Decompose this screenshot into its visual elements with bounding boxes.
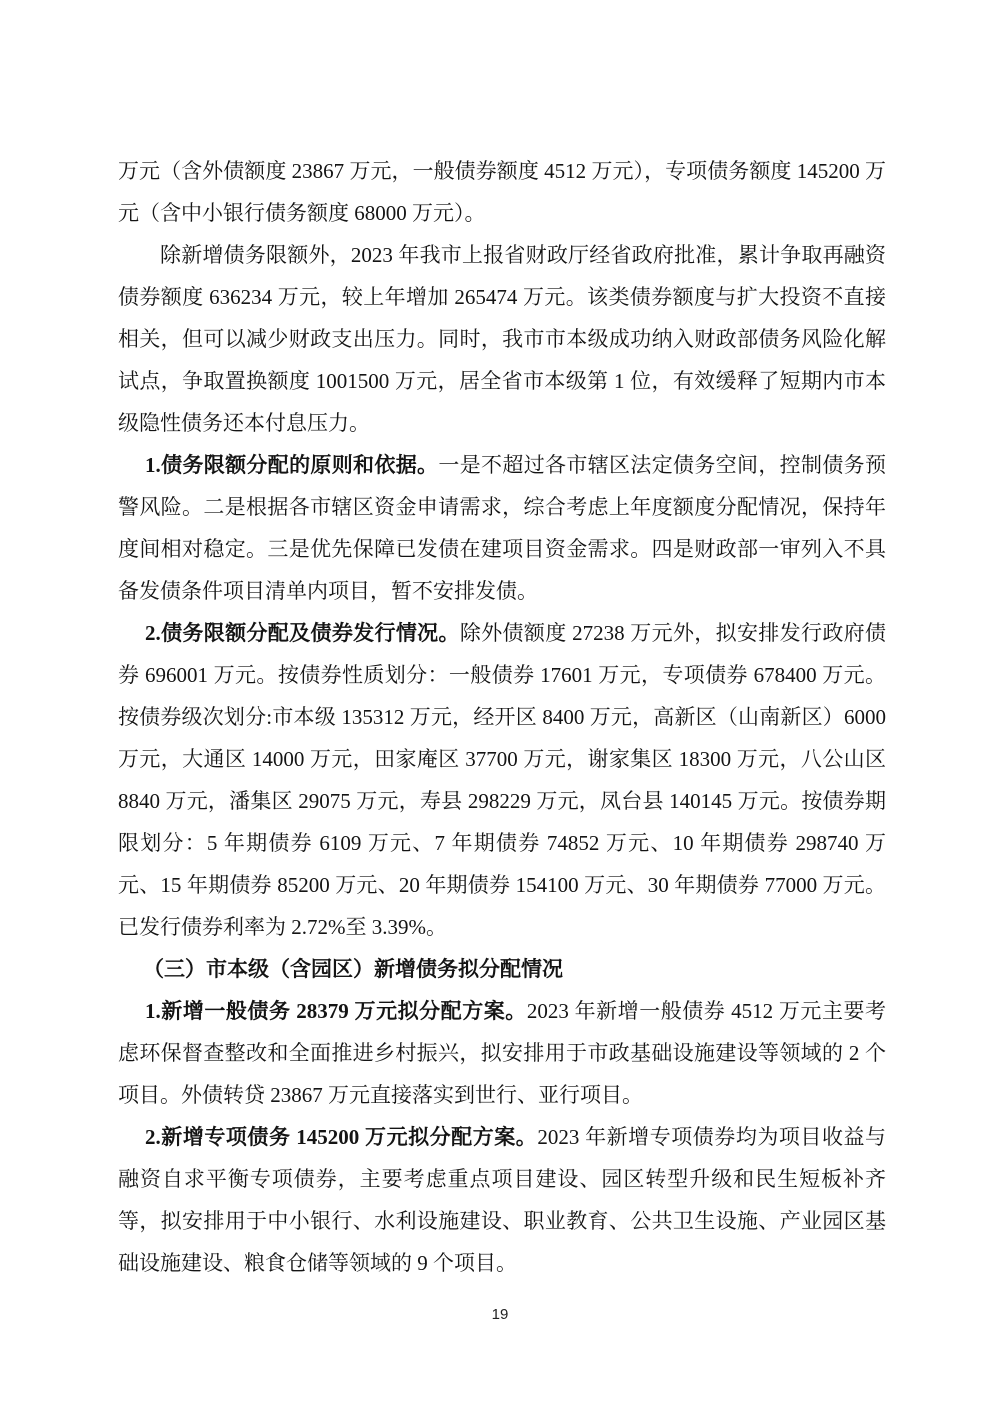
section-heading-text: （三）市本级（含园区）新增债务拟分配情况 — [143, 957, 563, 981]
page-number: 19 — [0, 1306, 1000, 1323]
paragraph-limit-allocation-principles: 1.债务限额分配的原则和依据。一是不超过各市辖区法定债务空间，控制债务预警风险。… — [118, 444, 886, 612]
paragraph-bold-lead: 2.新增专项债务 145200 万元拟分配方案。 — [145, 1125, 537, 1149]
document-page: 万元（含外债额度 23867 万元，一般债券额度 4512 万元），专项债务额度… — [0, 0, 1000, 1415]
paragraph-limit-allocation-issuance: 2.债务限额分配及债券发行情况。除外债额度 27238 万元外，拟安排发行政府债… — [118, 612, 886, 948]
paragraph-refinancing-bonds: 除新增债务限额外，2023 年我市上报省财政厅经省政府批准，累计争取再融资债券额… — [118, 234, 886, 444]
paragraph-text: 除新增债务限额外，2023 年我市上报省财政厅经省政府批准，累计争取再融资债券额… — [118, 243, 886, 435]
paragraph-bold-lead: 1.债务限额分配的原则和依据。 — [145, 453, 438, 477]
paragraph-continuation: 万元（含外债额度 23867 万元，一般债券额度 4512 万元），专项债务额度… — [118, 150, 886, 234]
paragraph-bold-lead: 1.新增一般债务 28379 万元拟分配方案。 — [145, 999, 527, 1023]
paragraph-new-special-debt-plan: 2.新增专项债务 145200 万元拟分配方案。2023 年新增专项债券均为项目… — [118, 1116, 886, 1284]
paragraph-new-general-debt-plan: 1.新增一般债务 28379 万元拟分配方案。2023 年新增一般债券 4512… — [118, 990, 886, 1116]
paragraph-text: 除外债额度 27238 万元外，拟安排发行政府债券 696001 万元。按债券性… — [118, 621, 886, 939]
paragraph-bold-lead: 2.债务限额分配及债券发行情况。 — [145, 621, 460, 645]
paragraph-text: 万元（含外债额度 23867 万元，一般债券额度 4512 万元），专项债务额度… — [118, 159, 886, 225]
page-body-text: 万元（含外债额度 23867 万元，一般债券额度 4512 万元），专项债务额度… — [118, 150, 886, 1284]
section-heading: （三）市本级（含园区）新增债务拟分配情况 — [118, 948, 886, 990]
